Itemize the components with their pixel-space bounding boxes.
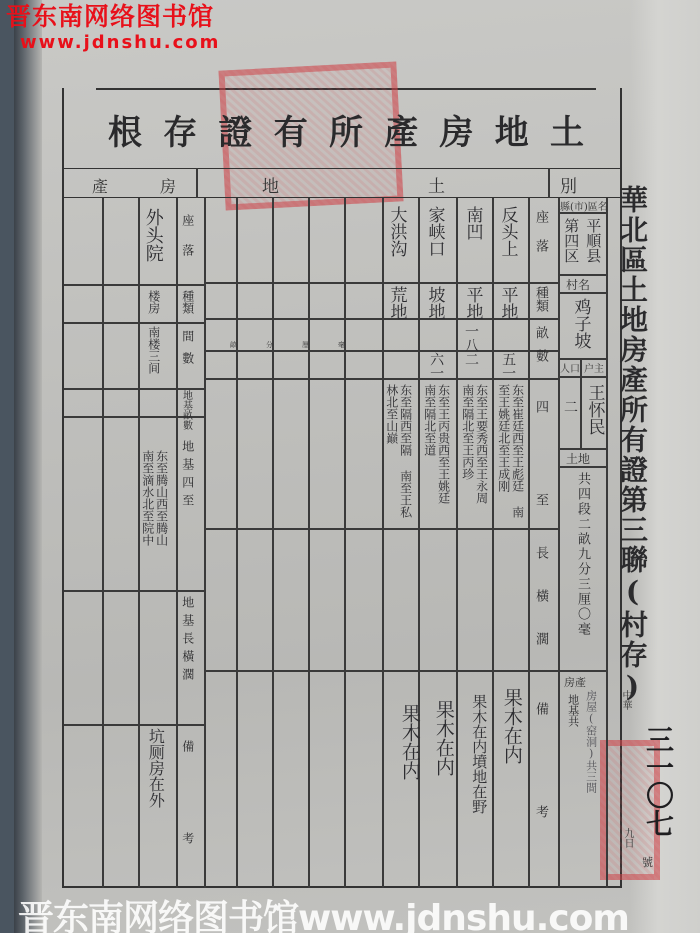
unit-label: 厘 — [302, 340, 309, 350]
grid-line — [204, 670, 558, 672]
side-title: 華北區土地房產所有證第三聯(村存) — [612, 185, 652, 705]
grid-line — [204, 282, 558, 284]
house-label-dimensions: 地基長橫濶 — [180, 596, 194, 686]
parcel-4-boundaries: 东至隔西至隔 南至王私林北至山巅 — [384, 384, 412, 524]
house-label-boundaries: 地基四至 — [180, 440, 194, 512]
village-label: 村名 — [566, 276, 590, 293]
paper-left-edge — [14, 0, 42, 933]
document-title: 土 地 房 產 所 有 證 存 根 — [108, 104, 588, 154]
village-value: 鸡子坡 — [570, 298, 590, 349]
serial-suffix: 號 — [642, 854, 653, 870]
house-land-label: 地基共 — [566, 694, 579, 727]
grid-line — [204, 528, 558, 530]
watermark-top: 晋东南网络图书馆 www.jdnshu.com — [6, 2, 220, 54]
parcel-3-location: 家峡口 — [424, 206, 444, 257]
watermark-url: www.jdnshu.com — [6, 32, 220, 54]
grid-line — [606, 198, 608, 888]
grid-line — [418, 198, 420, 888]
grid-line — [176, 198, 178, 888]
title-char: 存 — [163, 105, 201, 154]
parcel-2-remarks: 果木在内墳地在野 — [470, 694, 487, 864]
house-rooms: 南楼三间 — [146, 326, 160, 374]
header-category: 別 — [560, 172, 577, 197]
watermark-site-name: 晋东南网络图书馆 — [6, 2, 220, 32]
grid-line — [528, 198, 530, 888]
parcel-4-type: 荒地 — [386, 286, 406, 320]
serial-number: 三一〇七 — [638, 725, 678, 837]
house-location: 外头院 — [142, 208, 163, 262]
title-char: 有 — [274, 105, 312, 154]
parcel-2-area: 一八二 — [464, 324, 478, 366]
grid-line — [558, 198, 560, 888]
grid-line — [102, 198, 104, 888]
grid-line — [64, 724, 204, 726]
divider — [548, 168, 550, 198]
parcel-3-remarks: 果木在内 — [432, 700, 454, 776]
parcel-4-remarks: 果木在内 — [398, 704, 420, 780]
serial-prefix: 中華 — [618, 690, 633, 710]
parcel-2-type: 平地 — [462, 286, 482, 320]
grid-line — [272, 198, 274, 888]
date-fragment: 九日 — [620, 828, 635, 848]
grid-line — [64, 590, 204, 592]
people-label: 人口 — [560, 360, 580, 375]
parcel-3-type: 坡地 — [424, 286, 444, 320]
land-label-remarks: 備考 — [532, 702, 547, 908]
title-char: 地 — [495, 105, 533, 154]
grid-line — [64, 322, 204, 324]
section-header-row — [64, 168, 620, 198]
house-type: 楼房 — [146, 290, 160, 314]
land-label-location: 座落 — [532, 210, 547, 268]
title-char: 證 — [219, 105, 257, 154]
county-value: 平順县 — [584, 218, 601, 263]
header-house-char-2: 產 — [92, 174, 108, 197]
house-label-type: 種類 — [180, 290, 194, 314]
grid-line — [382, 198, 384, 888]
watermark-bottom: 晋东南网络图书馆www.jdnshu.com — [18, 890, 629, 933]
people-value: 二 — [564, 400, 578, 416]
divider — [196, 168, 198, 198]
unit-label: 分 — [266, 340, 273, 350]
title-char: 所 — [329, 105, 367, 154]
header-house-char-1: 房 — [160, 174, 176, 197]
parcel-1-boundaries: 东至崔廷西至王彪廷 南至王姚廷北至王成刚 — [496, 384, 524, 524]
grid-line — [64, 284, 204, 286]
house-sub: 房屋(窑洞)共三間 — [584, 690, 597, 793]
title-char: 土 — [550, 105, 588, 154]
unit-label: 畝 — [230, 340, 237, 350]
parcel-1-remarks: 果木在内 — [500, 688, 522, 764]
parcel-1-type: 平地 — [497, 286, 517, 320]
land-label-dimensions: 長橫濶 — [532, 546, 547, 675]
title-char: 根 — [108, 105, 146, 154]
house-boundaries: 东至腾山西至腾山 南至滴水北至院中 — [140, 450, 168, 570]
land-total-label: 土地 — [566, 450, 590, 467]
parcel-2-location: 南凹 — [462, 206, 482, 240]
parcel-4-location: 大洪沟 — [386, 206, 406, 257]
house-label: 房產 — [564, 674, 586, 690]
house-label-land-area: 地基畝數 — [180, 390, 192, 430]
grid-line — [580, 358, 582, 448]
grid-line — [456, 198, 458, 888]
district-value: 第四区 — [562, 218, 579, 263]
grid-line — [308, 198, 310, 888]
parcel-1-area: 五一 — [500, 352, 516, 380]
parcel-3-boundaries: 东至王丙贵西至王姚廷 南至隔北至道 — [422, 384, 450, 524]
land-label-area: 畝數 — [532, 326, 547, 372]
grid-line — [204, 198, 206, 888]
land-label-type: 種類 — [532, 286, 547, 312]
parcel-2-boundaries: 东至王要秀西至王永周 南至隔北至王丙珍 — [460, 384, 488, 524]
land-total-value: 共四段二畝九分三厘〇毫 — [574, 472, 589, 637]
grid-line — [344, 198, 346, 888]
header-land-char-1: 土 — [428, 172, 445, 197]
county-label: 縣(市)區名 — [560, 198, 608, 213]
house-remarks: 坑厕房在外 — [146, 728, 164, 808]
grid-line — [558, 670, 606, 672]
header-land-char-2: 地 — [262, 172, 279, 197]
title-char: 房 — [440, 105, 478, 154]
parcel-3-area: 六一 — [428, 352, 444, 380]
parcel-1-location: 反头上 — [497, 206, 517, 257]
house-label-location: 座落 — [180, 214, 194, 274]
owner-value: 王怀民 — [584, 384, 604, 435]
grid-line — [558, 376, 606, 378]
grid-line — [236, 198, 238, 888]
grid-line — [492, 198, 494, 888]
unit-label: 毫 — [338, 340, 345, 350]
owner-label: 户主 — [584, 360, 604, 375]
title-char: 產 — [384, 105, 422, 154]
house-label-rooms: 間數 — [180, 330, 194, 374]
